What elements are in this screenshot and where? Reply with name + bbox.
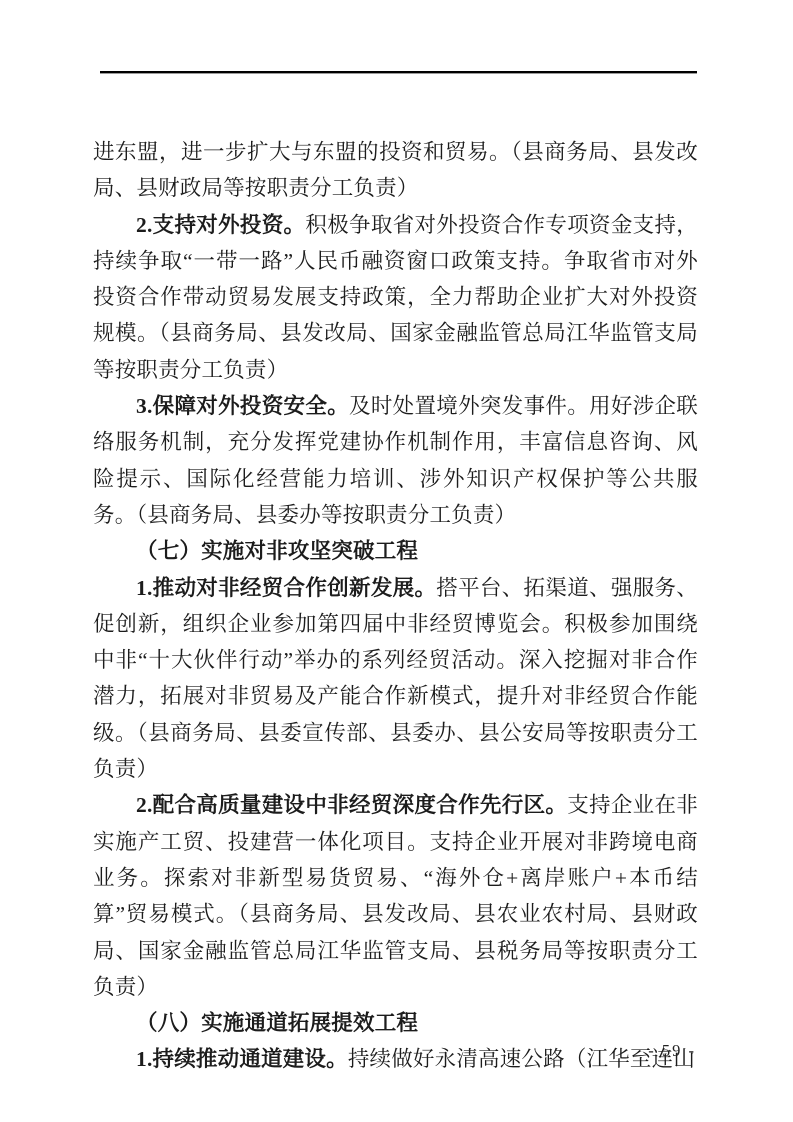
paragraph: 进东盟，进一步扩大与东盟的投资和贸易。（县商务局、县发改局、县财政局等按职责分工… [93,134,698,207]
section-heading: （七）实施对非攻坚突破工程 [93,533,698,569]
paragraph: 1.持续推动通道建设。持续做好永清高速公路（江华至连山 [93,1041,698,1077]
paragraph: 1.推动对非经贸合作创新发展。搭平台、拓渠道、强服务、促创新，组织企业参加第四届… [93,570,698,788]
bold-text-segment: 3.保障对外投资安全。 [136,394,349,418]
paragraph: 3.保障对外投资安全。及时处置境外突发事件。用好涉企联络服务机制，充分发挥党建协… [93,388,698,533]
text-segment: 积极争取省对外投资合作专项资金支持，持续争取“一带一路”人民币融资窗口政策支持。… [93,213,698,382]
bold-text-segment: （七）实施对非攻坚突破工程 [136,539,418,563]
text-segment: 持续做好永清高速公路（江华至连山 [348,1047,695,1071]
text-segment: 支持企业在非实施产工贸、投建营一体化项目。支持企业开展对非跨境电商业务。探索对非… [93,793,698,998]
bold-text-segment: 1.推动对非经贸合作创新发展。 [136,576,436,600]
document-body: 进东盟，进一步扩大与东盟的投资和贸易。（县商务局、县发改局、县财政局等按职责分工… [93,134,698,1078]
section-heading: （八）实施通道拓展提效工程 [93,1005,698,1041]
paragraph: 2.配合高质量建设中非经贸深度合作先行区。支持企业在非实施产工贸、投建营一体化项… [93,787,698,1005]
paragraph: 2.支持对外投资。积极争取省对外投资合作专项资金支持，持续争取“一带一路”人民币… [93,207,698,388]
page-number: - 59 - [648,1041,696,1061]
text-segment: 进东盟，进一步扩大与东盟的投资和贸易。（县商务局、县发改局、县财政局等按职责分工… [93,140,698,200]
bold-text-segment: 1.持续推动通道建设。 [136,1047,348,1071]
bold-text-segment: 2.配合高质量建设中非经贸深度合作先行区。 [136,793,567,817]
bold-text-segment: 2.支持对外投资。 [136,213,305,237]
document-page: 进东盟，进一步扩大与东盟的投资和贸易。（县商务局、县发改局、县财政局等按职责分工… [0,0,793,1122]
bold-text-segment: （八）实施通道拓展提效工程 [136,1011,418,1035]
text-segment: 搭平台、拓渠道、强服务、促创新，组织企业参加第四届中非经贸博览会。积极参加围绕中… [93,576,698,781]
header-rule [100,71,697,74]
